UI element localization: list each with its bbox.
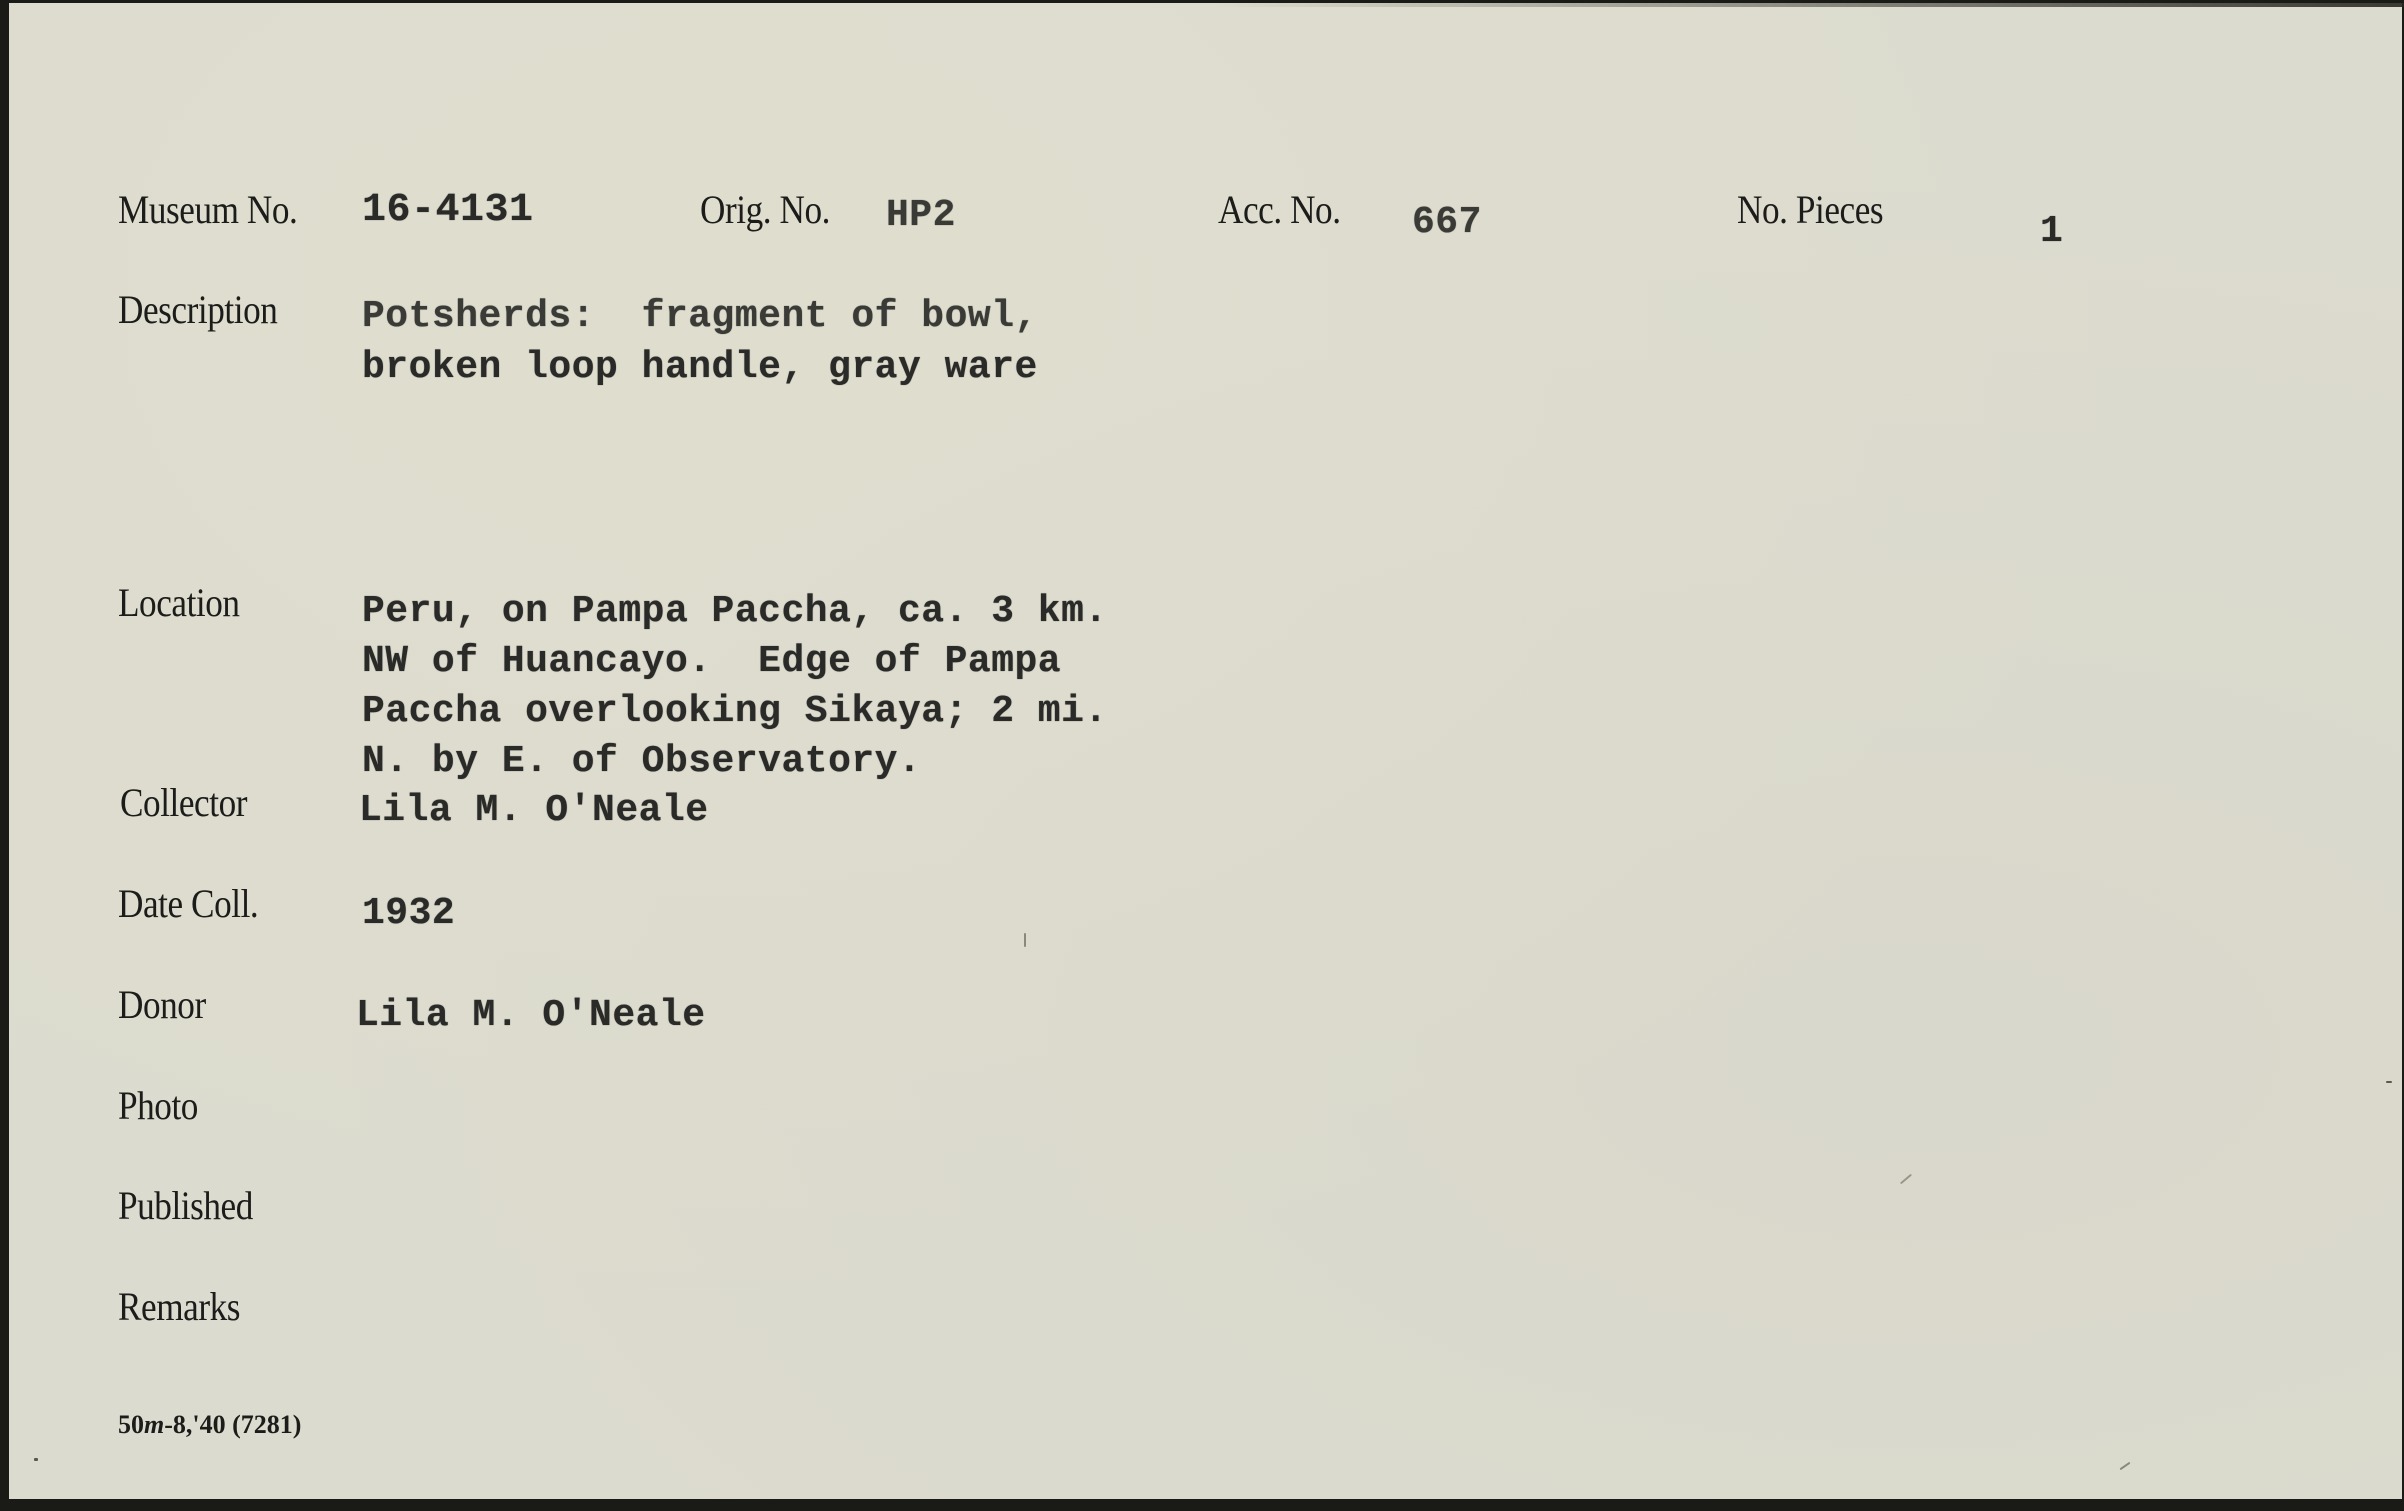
orig-no-label: Orig. No.	[700, 190, 830, 230]
date-coll-value: 1932	[362, 889, 455, 939]
description-label: Description	[118, 290, 277, 330]
location-line-1: Peru, on Pampa Paccha, ca. 3 km.	[362, 587, 1108, 637]
location-line-2: NW of Huancayo. Edge of Pampa	[362, 637, 1061, 687]
museum-no-value: 16-4131	[362, 186, 534, 236]
location-line-4: N. by E. of Observatory.	[362, 737, 921, 787]
print-code-suffix: -8,'40 (7281)	[164, 1410, 301, 1439]
print-code-footer: 50m-8,'40 (7281)	[118, 1410, 301, 1440]
donor-label: Donor	[118, 985, 206, 1025]
print-code-prefix: 50	[118, 1410, 144, 1439]
description-line-1: Potsherds: fragment of bowl,	[362, 292, 1038, 342]
no-pieces-value: 1	[2040, 207, 2063, 257]
paper-mark	[1024, 933, 1026, 947]
museum-no-label: Museum No.	[118, 190, 297, 230]
location-label: Location	[118, 583, 240, 623]
no-pieces-label: No. Pieces	[1737, 190, 1883, 230]
catalog-card: Museum No. 16-4131 Orig. No. HP2 Acc. No…	[9, 3, 2402, 1499]
card-top-edge-shadow	[1209, 3, 2404, 7]
photo-label: Photo	[118, 1086, 198, 1126]
acc-no-label: Acc. No.	[1218, 190, 1341, 230]
paper-speck	[34, 1458, 38, 1461]
remarks-label: Remarks	[118, 1287, 240, 1327]
orig-no-value: HP2	[886, 191, 956, 241]
print-code-italic: m	[144, 1410, 164, 1439]
paper-speck	[2386, 1081, 2392, 1083]
published-label: Published	[118, 1186, 253, 1226]
donor-value: Lila M. O'Neale	[356, 991, 706, 1041]
acc-no-value: 667	[1412, 198, 1482, 248]
collector-label: Collector	[120, 783, 247, 823]
date-coll-label: Date Coll.	[118, 884, 258, 924]
collector-value: Lila M. O'Neale	[359, 786, 709, 836]
description-line-2: broken loop handle, gray ware	[362, 343, 1038, 393]
paper-mark	[2120, 1462, 2131, 1471]
paper-mark	[1900, 1174, 1912, 1185]
location-line-3: Paccha overlooking Sikaya; 2 mi.	[362, 687, 1108, 737]
